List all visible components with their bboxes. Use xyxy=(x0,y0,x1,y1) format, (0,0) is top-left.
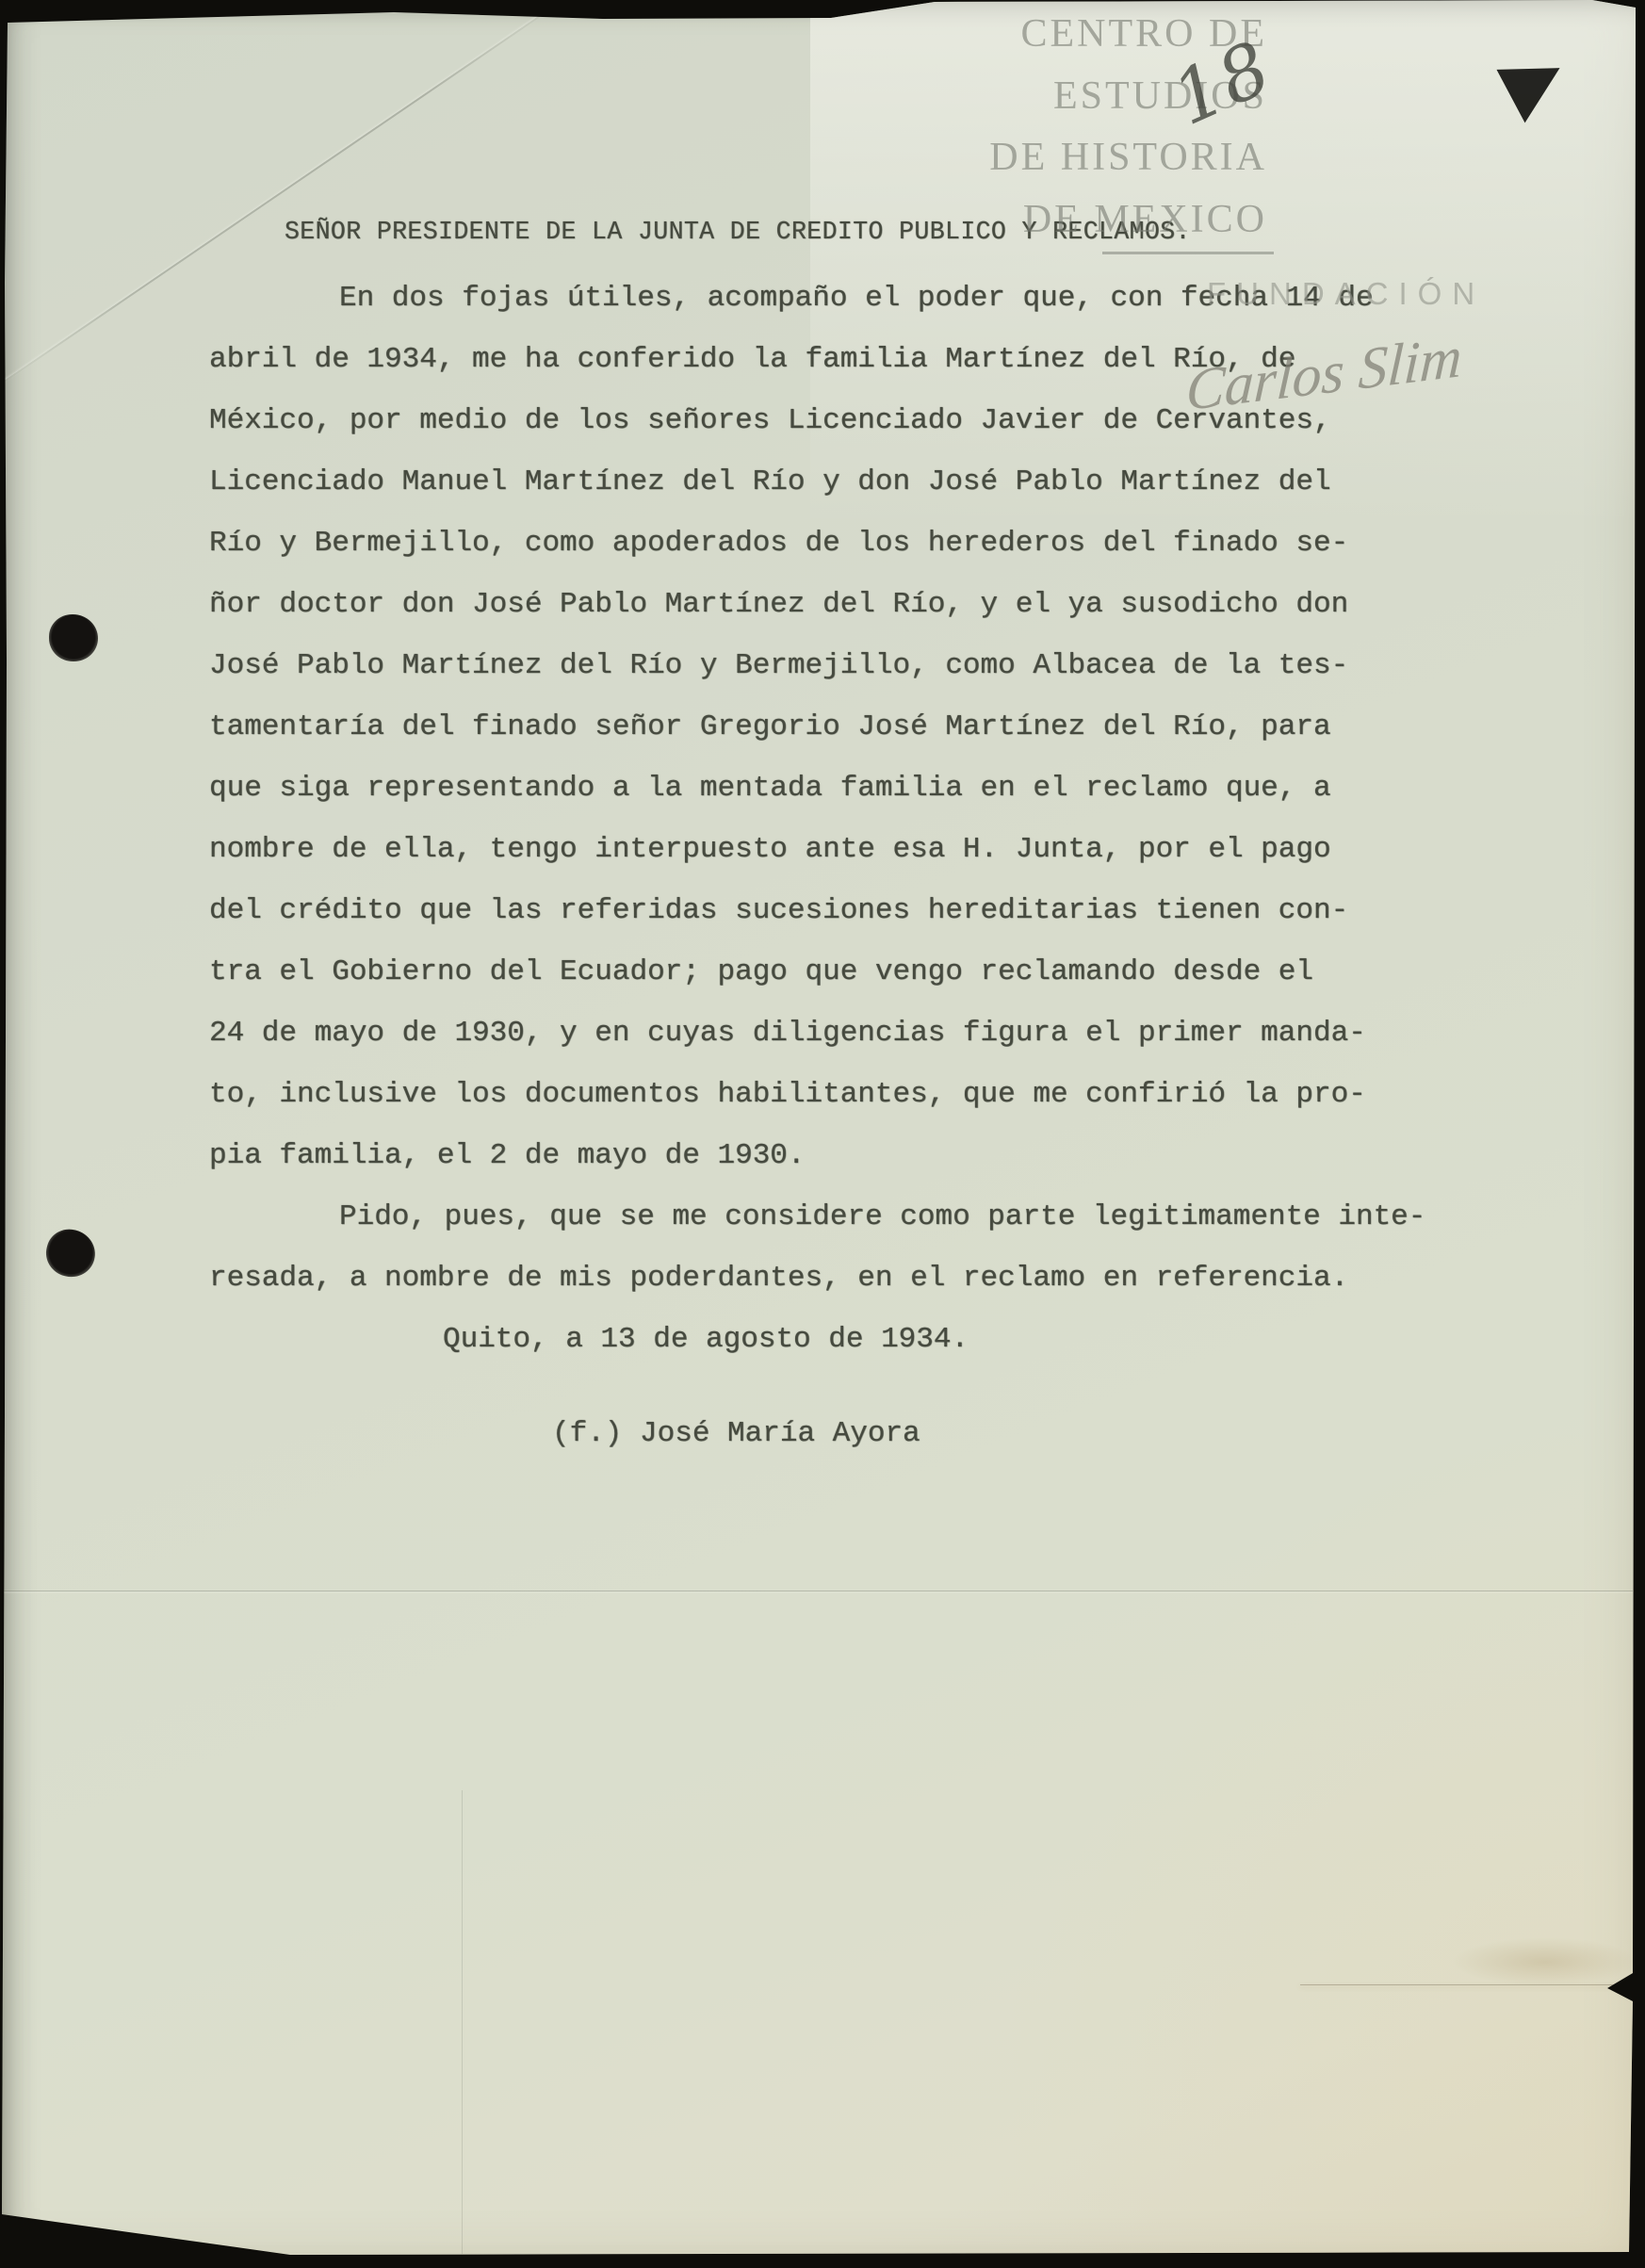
document-line: Río y Bermejillo, como apoderados de los… xyxy=(209,527,1425,588)
document-line: tra el Gobierno del Ecuador; pago que ve… xyxy=(209,955,1425,1017)
document-line: resada, a nombre de mis poderdantes, en … xyxy=(209,1262,1425,1323)
document-line: ñor doctor don José Pablo Martínez del R… xyxy=(209,588,1425,649)
paper-sheet: SEÑOR PRESIDENTE DE LA JUNTA DE CREDITO … xyxy=(0,0,1645,2268)
document-line: del crédito que las referidas sucesiones… xyxy=(209,894,1425,955)
punch-hole-top xyxy=(49,614,98,661)
watermark-line: DE HISTORIA xyxy=(989,127,1267,189)
document-line: México, por medio de los señores Licenci… xyxy=(209,404,1425,465)
document-line: En dos fojas útiles, acompaño el poder q… xyxy=(209,282,1425,343)
document-body: En dos fojas útiles, acompaño el poder q… xyxy=(209,282,1425,1323)
document-line: tamentaría del finado señor Gregorio Jos… xyxy=(209,710,1425,772)
document-line: to, inclusive los documentos habilitante… xyxy=(209,1078,1425,1139)
document-line: abril de 1934, me ha conferido la famili… xyxy=(209,343,1425,404)
document-line: pia familia, el 2 de mayo de 1930. xyxy=(209,1139,1425,1200)
document-line: 24 de mayo de 1930, y en cuyas diligenci… xyxy=(209,1017,1425,1078)
watermark-divider-rule xyxy=(1102,252,1274,254)
handwritten-page-number: 18 xyxy=(1161,25,1284,142)
document-line: José Pablo Martínez del Río y Bermejillo… xyxy=(209,649,1425,710)
document-line: nombre de ella, tengo interpuesto ante e… xyxy=(209,833,1425,894)
document-heading: SEÑOR PRESIDENTE DE LA JUNTA DE CREDITO … xyxy=(285,218,1191,246)
paper-aging-tint xyxy=(985,1420,1645,2268)
document-line: Licenciado Manuel Martínez del Río y don… xyxy=(209,465,1425,527)
document-line: que siga representando a la mentada fami… xyxy=(209,772,1425,833)
document-dateline: Quito, a 13 de agosto de 1934. xyxy=(443,1323,969,1356)
document-line: Pido, pues, que se me considere como par… xyxy=(209,1200,1425,1262)
punch-hole-bottom xyxy=(41,1224,101,1281)
crease-vertical-bottom xyxy=(462,1790,463,2254)
scanned-document-page: SEÑOR PRESIDENTE DE LA JUNTA DE CREDITO … xyxy=(0,0,1645,2268)
document-signature: (f.) José María Ayora xyxy=(552,1417,920,1450)
